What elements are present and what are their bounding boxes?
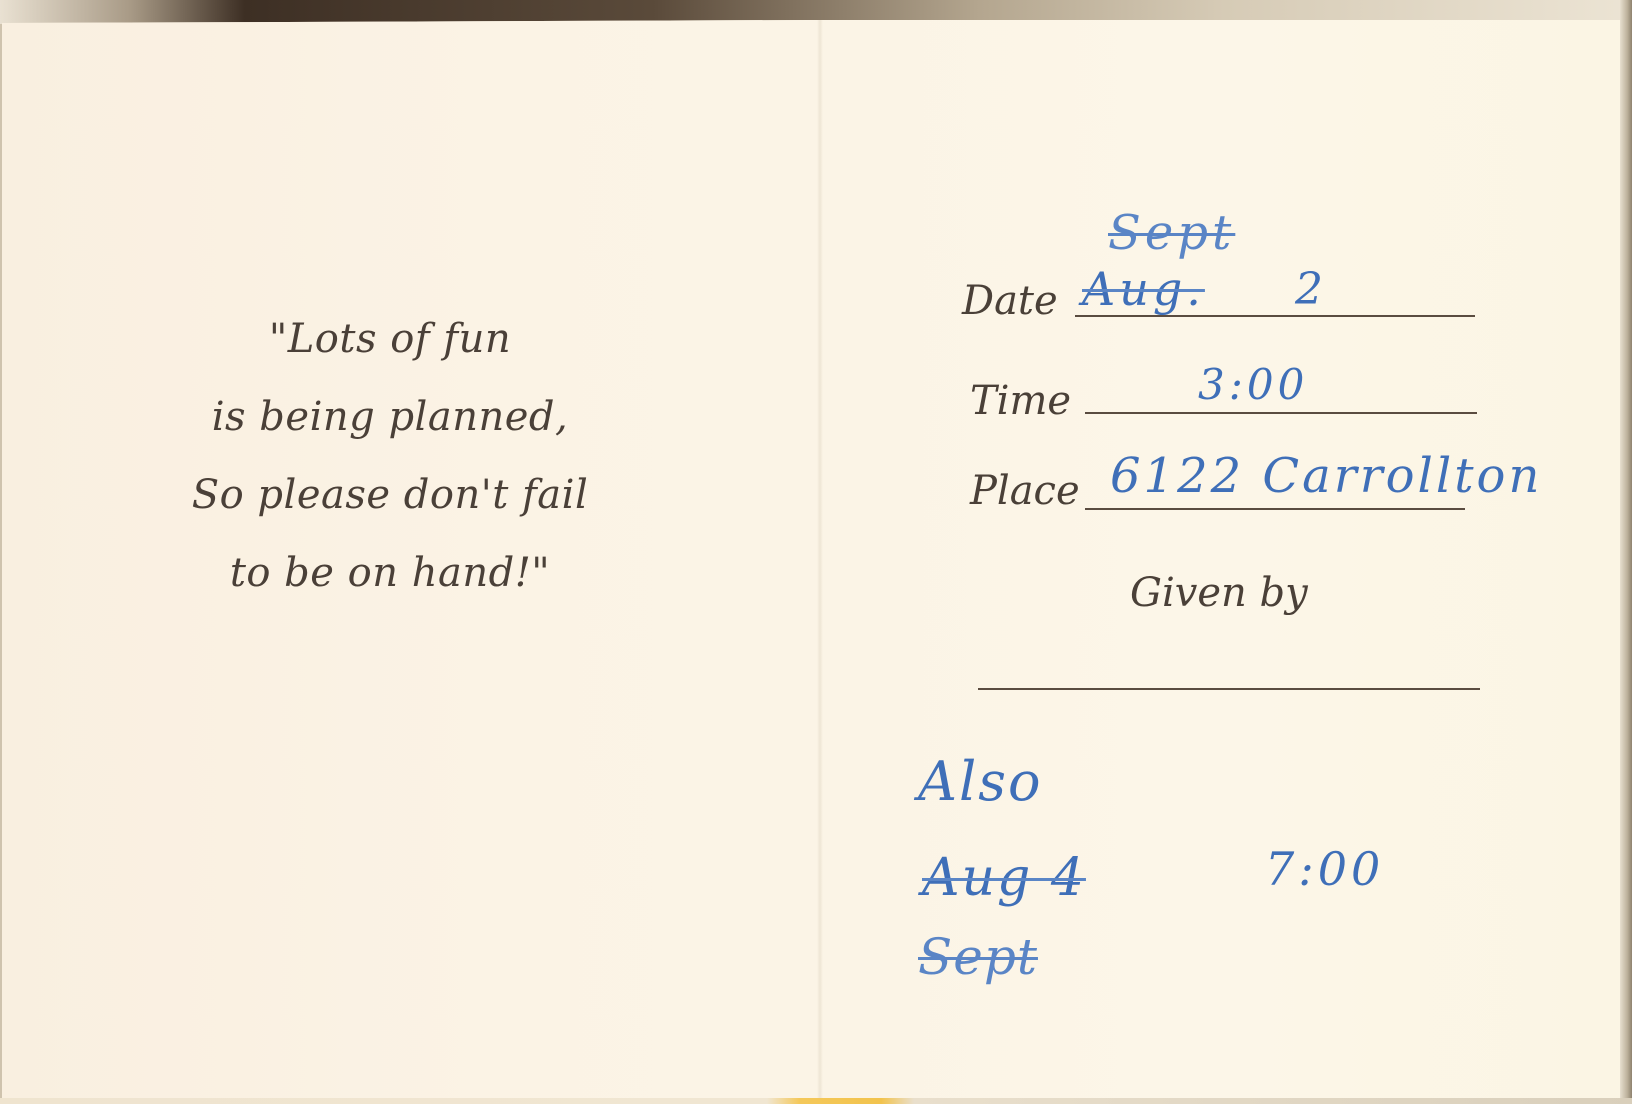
card-bottom-edge (0, 1098, 1632, 1104)
card-right-edge (1620, 0, 1632, 1104)
place-label: Place (970, 468, 1080, 514)
time-rule (1085, 412, 1477, 414)
place-rule (1085, 508, 1465, 510)
time-label: Time (970, 378, 1071, 424)
scanned-invitation: "Lots of fun is being planned, So please… (0, 0, 1632, 1104)
date-original-month: Aug. (1082, 262, 1205, 316)
note-original-date: Aug 4 (922, 848, 1086, 908)
card-fold (817, 20, 823, 1100)
note-heading: Also (918, 750, 1043, 813)
verse-line: "Lots of fun (160, 300, 620, 378)
given-by-rule (978, 688, 1480, 690)
verse-line: to be on hand!" (160, 534, 620, 612)
date-label: Date (962, 278, 1058, 324)
note-correction: Sept (918, 928, 1038, 986)
place-value: 6122 Carrollton (1110, 448, 1542, 504)
given-by-label: Given by (1130, 570, 1308, 616)
time-value: 3:00 (1198, 360, 1308, 409)
date-day: 2 (1295, 264, 1327, 315)
verse-line: is being planned, (160, 378, 620, 456)
date-correction: Sept (1108, 205, 1235, 261)
verse: "Lots of fun is being planned, So please… (160, 300, 620, 612)
verse-line: So please don't fail (160, 456, 620, 534)
note-time: 7:00 (1265, 842, 1384, 896)
